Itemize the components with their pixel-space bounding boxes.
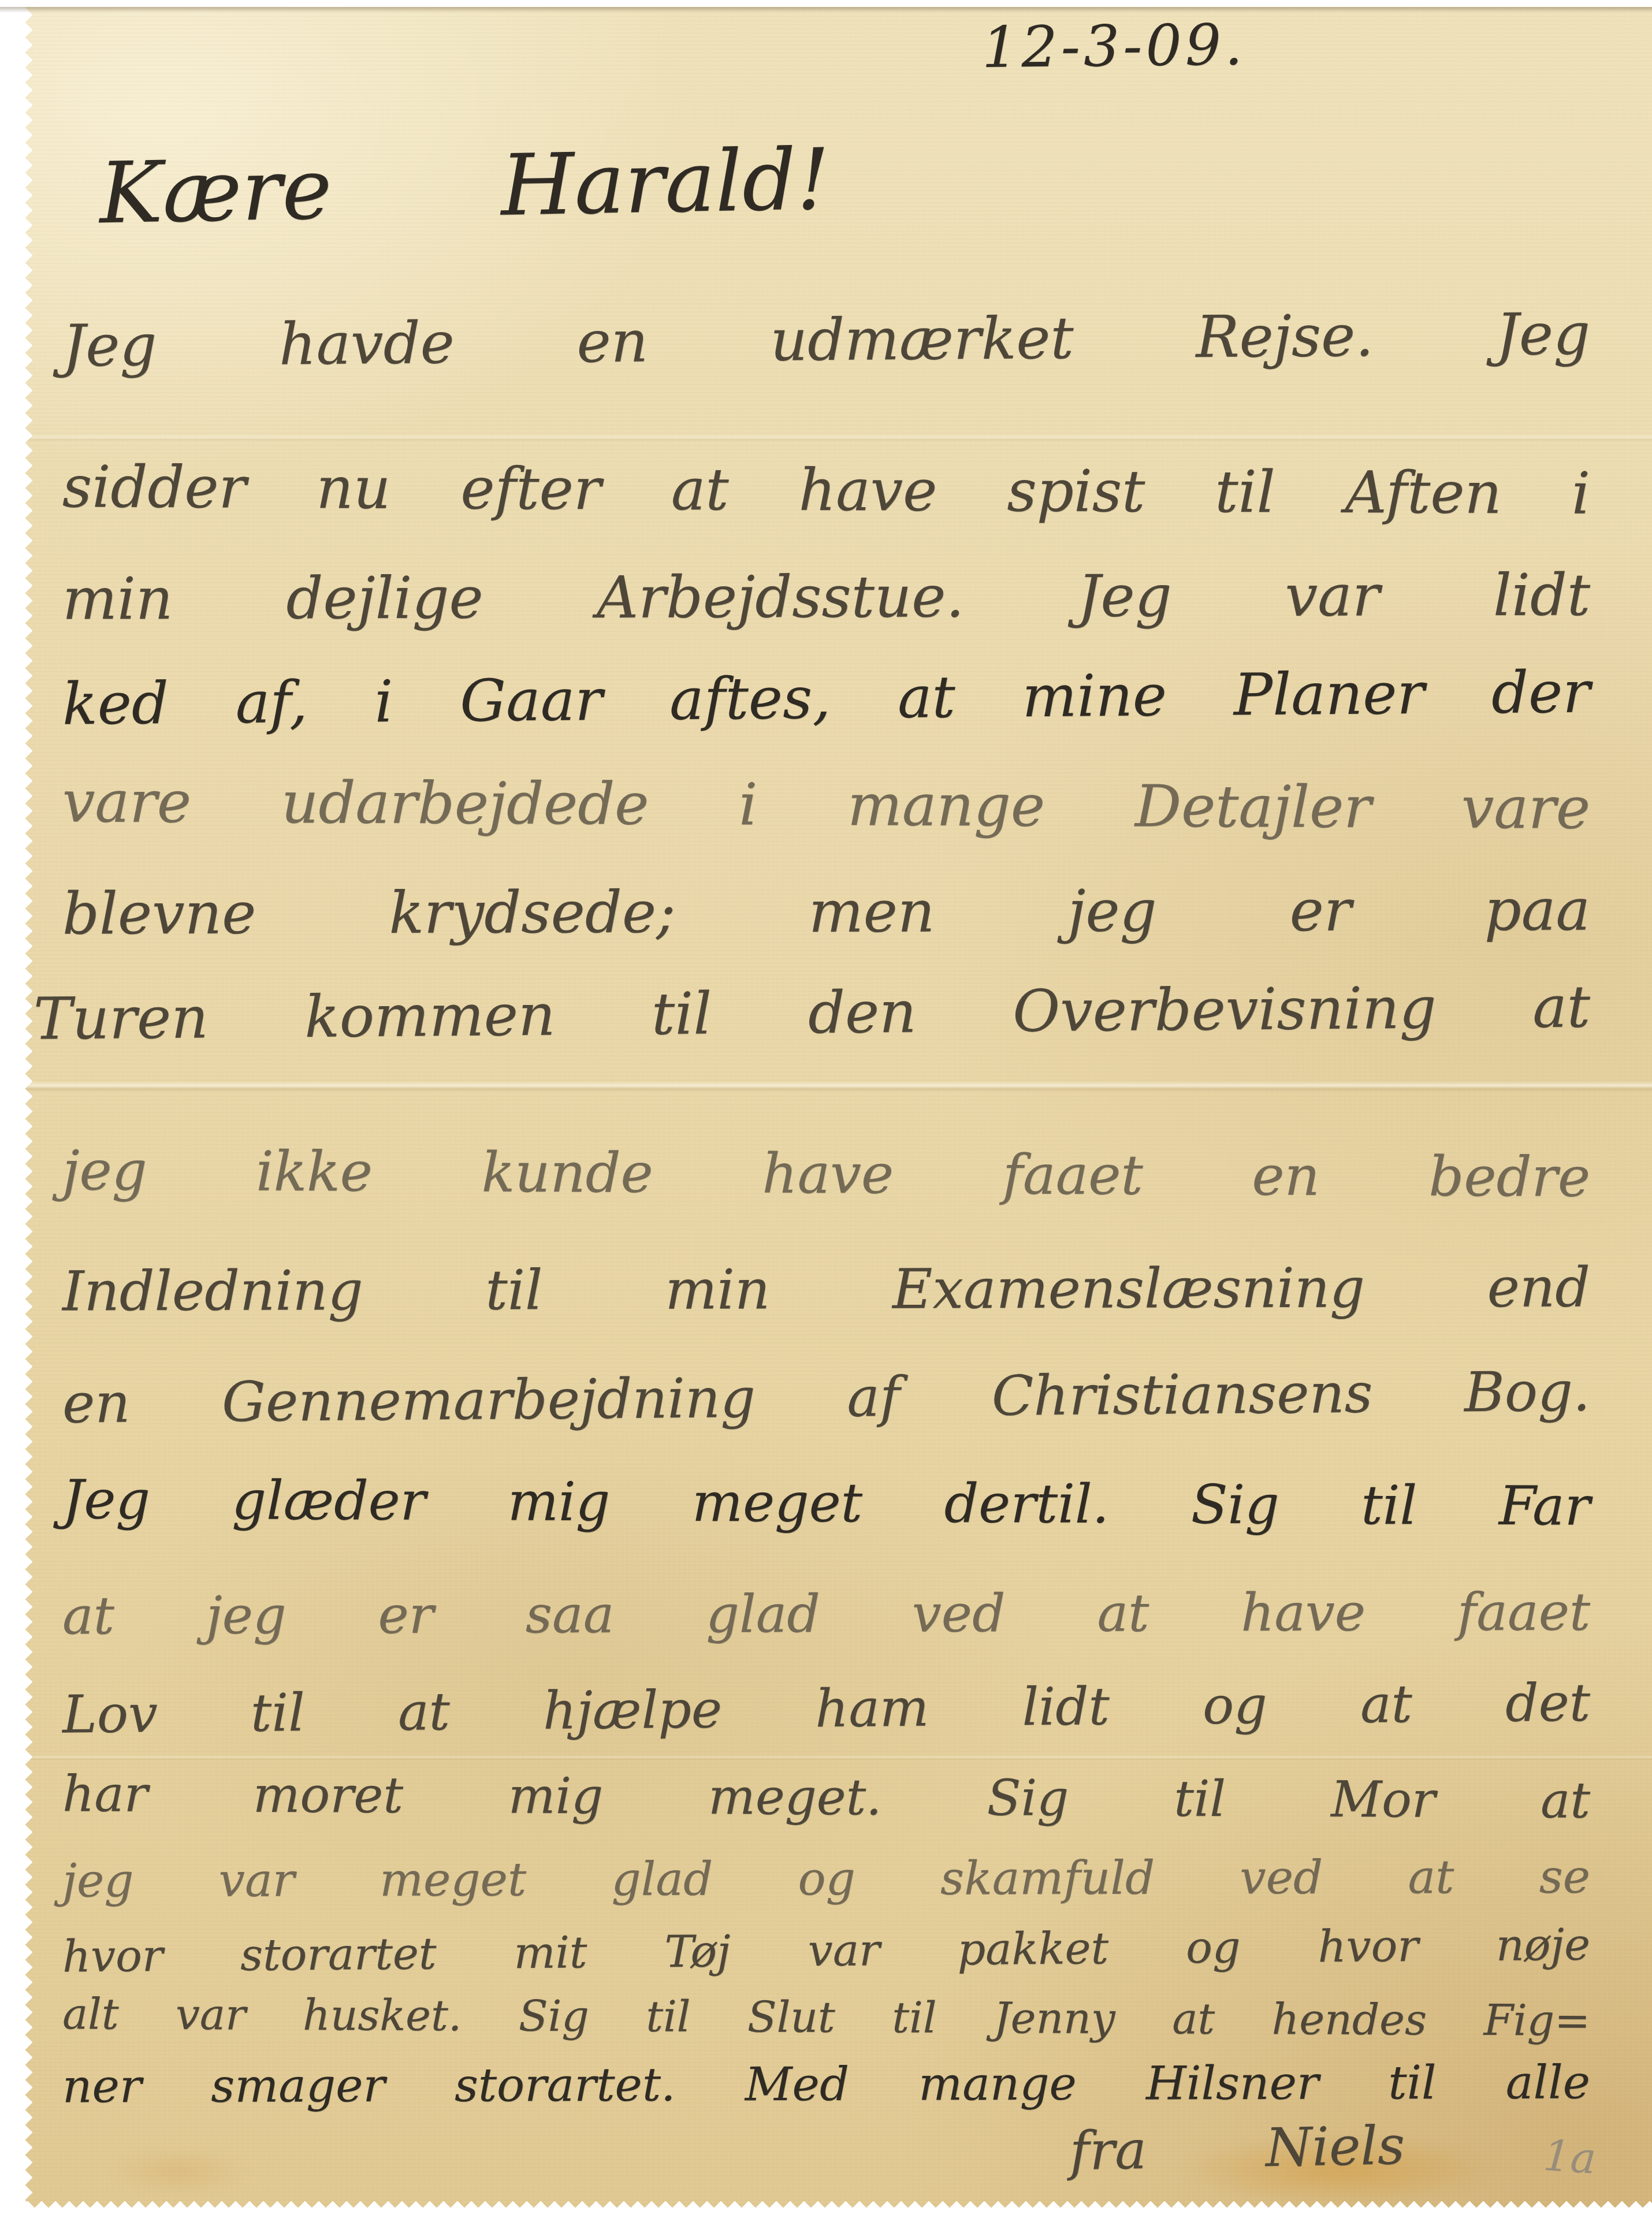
body-line: Jeg havde en udmærket Rejse. Jeg — [62, 300, 1591, 380]
fold-crease — [0, 434, 1652, 441]
scan-background: 12-3-09. Kære Harald! Jeg havde en udmær… — [0, 0, 1652, 2237]
fold-crease — [0, 1081, 1652, 1092]
body-line: jeg ikke kunde have faaet en bedre — [62, 1139, 1590, 1209]
body-line: ked af, i Gaar aftes, at mine Planer der — [62, 658, 1591, 738]
signature: fra Niels — [1069, 2115, 1405, 2182]
body-line: vare udarbejdede i mange Detajler vare — [62, 768, 1590, 842]
body-line: Indledning til min Examenslæsning end — [62, 1256, 1590, 1324]
body-line: jeg var meget glad og skamfuld ved at se — [62, 1850, 1590, 1908]
salutation: Kære Harald! — [98, 131, 831, 243]
body-line: blevne krydsede; men jeg er paa — [62, 876, 1590, 948]
body-line: har moret mig meget. Sig til Mor at — [62, 1765, 1590, 1830]
paper-edge-top — [0, 0, 1652, 7]
body-line: Jeg glæder mig meget dertil. Sig til Far — [62, 1468, 1590, 1538]
letter-paper: 12-3-09. Kære Harald! Jeg havde en udmær… — [0, 0, 1652, 2237]
body-line: ner smager storartet. Med mange Hilsner … — [62, 2056, 1590, 2113]
body-line: Lov til at hjælpe ham lidt og at det — [62, 1673, 1591, 1745]
body-line: at jeg er saa glad ved at have faaet — [62, 1582, 1590, 1647]
deckle-edge-bottom — [0, 2210, 1652, 2237]
deckle-edge-left — [0, 0, 22, 2237]
body-line: min dejlige Arbejdsstue. Jeg var lidt — [62, 561, 1590, 633]
body-line: en Gennemarbejdning af Christiansens Bog… — [62, 1360, 1591, 1436]
body-line: Turen kommen til den Overbevisning at — [34, 973, 1591, 1052]
letter-date: 12-3-09. — [981, 10, 1421, 81]
archival-pencil-mark: 1a — [1542, 2131, 1598, 2184]
fold-crease — [0, 1755, 1652, 1760]
body-line: sidder nu efter at have spist til Aften … — [62, 453, 1590, 527]
body-line: alt var husket. Sig til Slut til Jenny a… — [62, 1989, 1590, 2046]
stain — [75, 2137, 283, 2206]
